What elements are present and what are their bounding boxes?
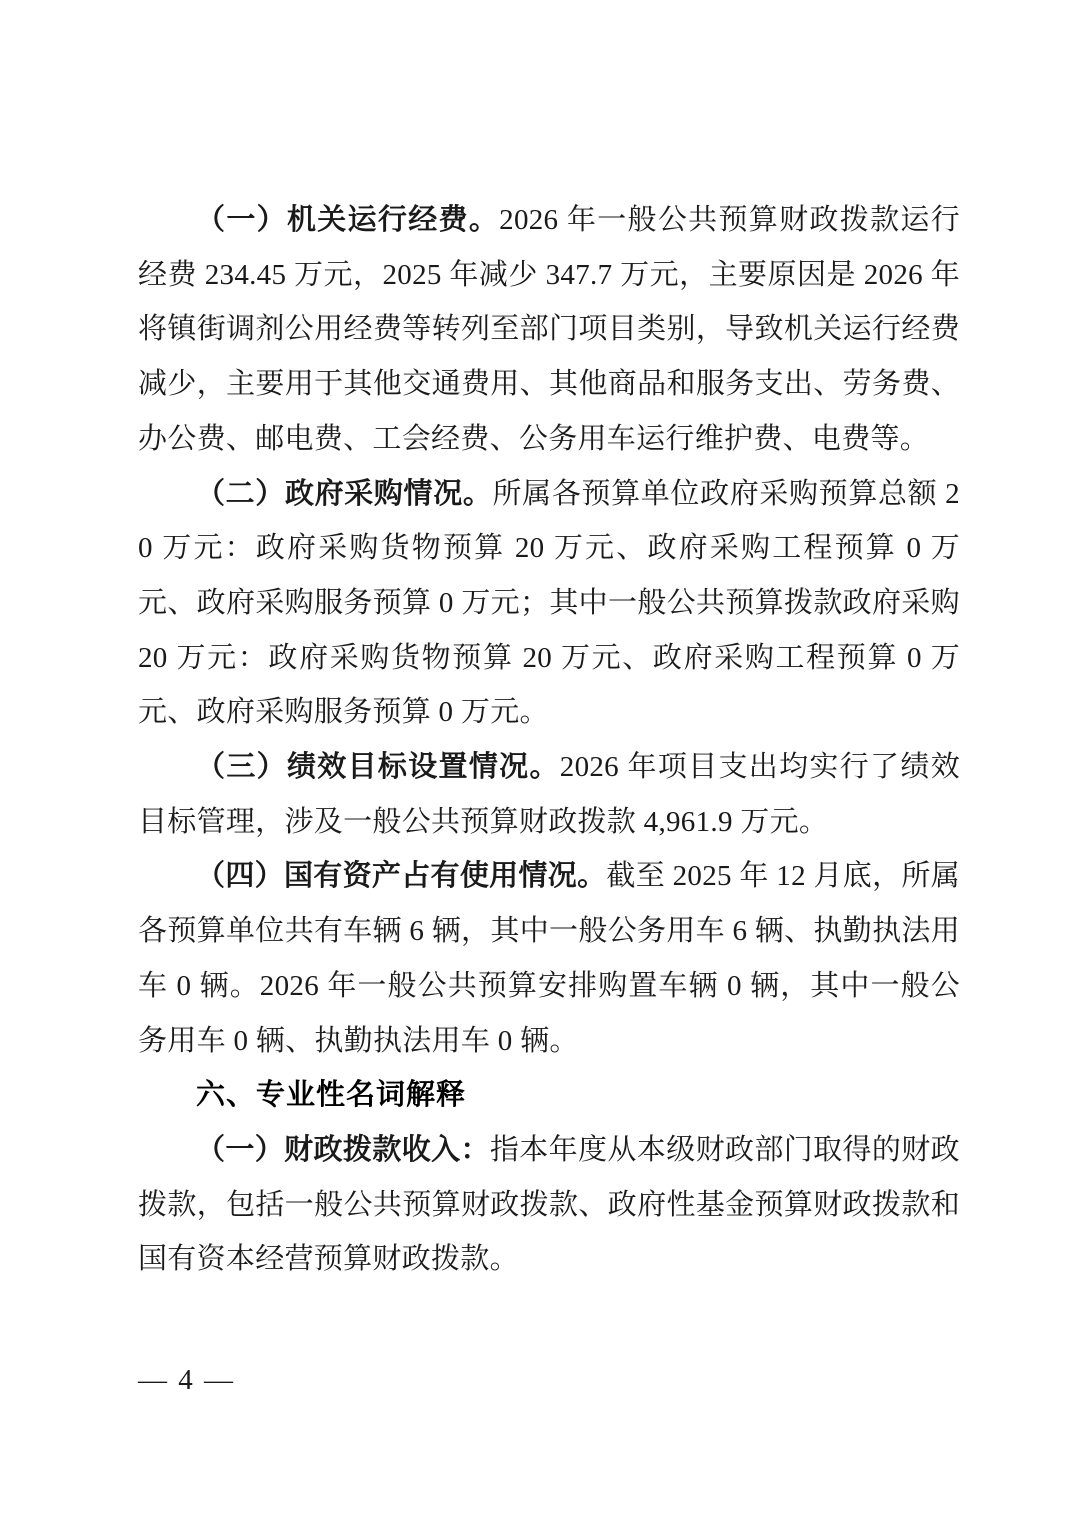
page-footer: — 4 — bbox=[138, 1360, 235, 1400]
paragraph-lead-fiscal-allocation-income: （一）财政拨款收入： bbox=[196, 1134, 490, 1166]
paragraph-lead-agency-operating-expenses: （一）机关运行经费。 bbox=[196, 204, 499, 236]
paragraph-government-procurement: （二）政府采购情况。所属各预算单位政府采购预算总额 20 万元：政府采购货物预算… bbox=[138, 467, 960, 741]
paragraph-lead-government-procurement: （二）政府采购情况。 bbox=[196, 478, 493, 510]
document-body: （一）机关运行经费。2026 年一般公共预算财政拨款运行经费 234.45 万元… bbox=[138, 193, 960, 1287]
paragraph-fiscal-allocation-income: （一）财政拨款收入：指本年度从本级财政部门取得的财政拨款，包括一般公共预算财政拨… bbox=[138, 1123, 960, 1287]
paragraph-text-agency-operating-expenses: 2026 年一般公共预算财政拨款运行经费 234.45 万元，2025 年减少 … bbox=[138, 204, 960, 455]
page-number: — 4 — bbox=[138, 1364, 235, 1396]
paragraph-performance-targets: （三）绩效目标设置情况。2026 年项目支出均实行了绩效目标管理，涉及一般公共预… bbox=[138, 740, 960, 849]
paragraph-lead-state-owned-assets: （四）国有资产占有使用情况。 bbox=[196, 860, 606, 892]
document-page: （一）机关运行经费。2026 年一般公共预算财政拨款运行经费 234.45 万元… bbox=[0, 0, 1074, 1520]
paragraph-lead-performance-targets: （三）绩效目标设置情况。 bbox=[196, 751, 560, 783]
paragraph-state-owned-assets: （四）国有资产占有使用情况。截至 2025 年 12 月底，所属各预算单位共有车… bbox=[138, 849, 960, 1068]
section-heading-terminology: 六、专业性名词解释 bbox=[138, 1068, 960, 1123]
paragraph-text-government-procurement: 所属各预算单位政府采购预算总额 20 万元：政府采购货物预算 20 万元、政府采… bbox=[138, 478, 960, 729]
paragraph-agency-operating-expenses: （一）机关运行经费。2026 年一般公共预算财政拨款运行经费 234.45 万元… bbox=[138, 193, 960, 467]
